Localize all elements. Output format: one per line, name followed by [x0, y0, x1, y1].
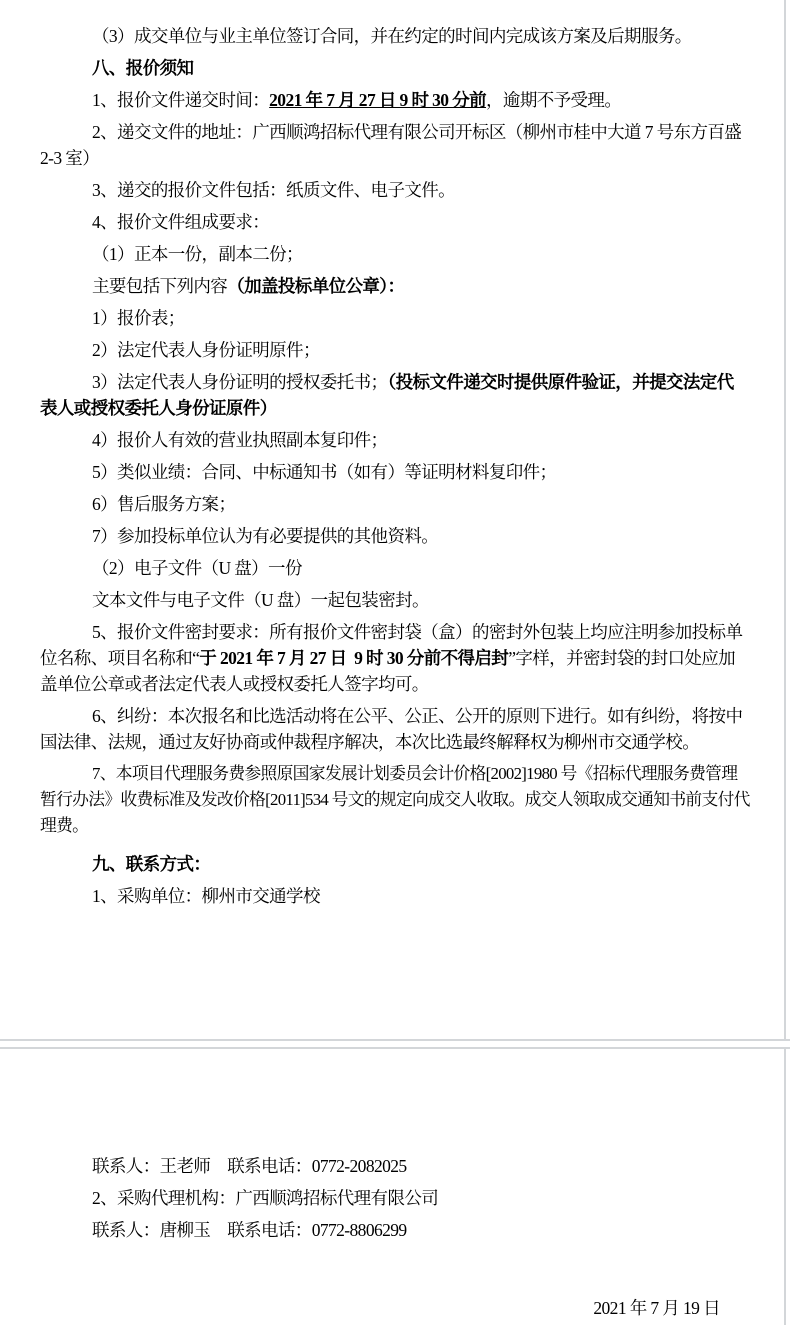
item-2-submission-address: 2、递交文件的地址：广西顺鸿招标代理有限公司开标区（柳州市桂中大道 7 号东方百… — [40, 119, 750, 171]
list-6-after-sales-plan: 6）售后服务方案； — [40, 491, 750, 517]
item-7-agency-fee: 7、本项目代理服务费参照原国家发展计划委员会计价格[2002]1980 号《招标… — [40, 761, 750, 839]
bold-run: 九、联系方式： — [92, 854, 210, 874]
page-2[interactable]: 联系人：王老师 联系电话：0772-20820252、采购代理机构：广西顺鸿招标… — [0, 1047, 790, 1325]
clause-3-contract-signing: （3）成交单位与业主单位签订合同，并在约定的时间内完成该方案及后期服务。 — [40, 23, 750, 49]
packaging-note: 文本文件与电子文件（U 盘）一起包装密封。 — [40, 587, 750, 613]
page-1[interactable]: （3）成交单位与业主单位签订合同，并在约定的时间内完成该方案及后期服务。八、报价… — [0, 0, 790, 1041]
item-5-sealing-requirements: 5、报价文件密封要求：所有报价文件密封袋（盒）的密封外包装上均应注明参加投标单位… — [40, 619, 750, 697]
text-run: 4）报价人有效的营业执照副本复印件； — [92, 430, 387, 450]
text-run: ，逾期不予受理。 — [486, 90, 621, 110]
item-1-submission-deadline: 1、报价文件递交时间：2021 年 7 月 27 日 9 时 30 分前，逾期不… — [40, 87, 750, 113]
item-4-composition-requirements: 4、报价文件组成要求： — [40, 209, 750, 235]
agency: 2、采购代理机构：广西顺鸿招标代理有限公司 — [40, 1185, 750, 1211]
text-run: 7）参加投标单位认为有必要提供的其他资料。 — [92, 526, 438, 546]
text-run: （1）正本一份，副本二份； — [92, 244, 303, 264]
purchaser: 1、采购单位：柳州市交通学校 — [40, 883, 750, 909]
text-run: 1）报价表； — [92, 308, 185, 328]
text-run: 2、递交文件的地址：广西顺鸿招标代理有限公司开标区（柳州市桂中大道 7 号东方百… — [40, 122, 745, 168]
text-run: 2）法定代表人身份证明原件； — [92, 340, 320, 360]
text-run: 文本文件与电子文件（U 盘）一起包装密封。 — [92, 590, 429, 610]
list-3-power-of-attorney: 3）法定代表人身份证明的授权委托书；（投标文件递交时提供原件验证，并提交法定代表… — [40, 369, 750, 421]
text-run: 主要包括下列内容 — [92, 276, 227, 296]
text-run: 1、采购单位：柳州市交通学校 — [92, 886, 320, 906]
purchaser-contact: 联系人：王老师 联系电话：0772-2082025 — [40, 1153, 750, 1179]
section-8-heading: 八、报价须知 — [40, 55, 750, 81]
bold-run: 八、报价须知 — [92, 58, 193, 78]
list-2-legal-rep-id: 2）法定代表人身份证明原件； — [40, 337, 750, 363]
content-list-intro: 主要包括下列内容（加盖投标单位公章）： — [40, 273, 750, 299]
list-1-quotation-form: 1）报价表； — [40, 305, 750, 331]
text-run: 2、采购代理机构：广西顺鸿招标代理有限公司 — [92, 1188, 438, 1208]
page-1-content: （3）成交单位与业主单位签订合同，并在约定的时间内完成该方案及后期服务。八、报价… — [0, 0, 790, 909]
bold-run: （加盖投标单位公章）： — [227, 276, 404, 296]
text-run: （3）成交单位与业主单位签订合同，并在约定的时间内完成该方案及后期服务。 — [92, 26, 692, 46]
item-6-disputes: 6、纠纷：本次报名和比选活动将在公平、公正、公开的原则下进行。如有纠纷，将按中国… — [40, 703, 750, 755]
text-run: 3、递交的报价文件包括：纸质文件、电子文件。 — [92, 180, 455, 200]
item-4-1-copies: （1）正本一份，副本二份； — [40, 241, 750, 267]
document-view: （3）成交单位与业主单位签订合同，并在约定的时间内完成该方案及后期服务。八、报价… — [0, 0, 790, 1327]
text-run: 1、报价文件递交时间： — [92, 90, 269, 110]
text-run: 联系人：王老师 联系电话：0772-2082025 — [92, 1156, 407, 1176]
text-run: 联系人：唐柳玉 联系电话：0772-8806299 — [92, 1220, 407, 1240]
section-9-heading: 九、联系方式： — [40, 851, 750, 877]
document-date: 2021 年 7 月 19 日 — [40, 1295, 750, 1321]
list-7-other-materials: 7）参加投标单位认为有必要提供的其他资料。 — [40, 523, 750, 549]
item-3-document-types: 3、递交的报价文件包括：纸质文件、电子文件。 — [40, 177, 750, 203]
item-4-2-electronic-file: （2）电子文件（U 盘）一份 — [40, 555, 750, 581]
text-run: 4、报价文件组成要求： — [92, 212, 269, 232]
text-run: 7、本项目代理服务费参照原国家发展计划委员会计价格[2002]1980 号《招标… — [40, 764, 750, 835]
text-run: 6、纠纷：本次报名和比选活动将在公平、公正、公开的原则下进行。如有纠纷，将按中国… — [40, 706, 742, 752]
list-4-business-license: 4）报价人有效的营业执照副本复印件； — [40, 427, 750, 453]
page-2-content: 联系人：王老师 联系电话：0772-20820252、采购代理机构：广西顺鸿招标… — [0, 1049, 790, 1321]
text-run: 2021 年 7 月 19 日 — [593, 1298, 720, 1318]
text-run: （2）电子文件（U 盘）一份 — [92, 558, 302, 578]
list-5-similar-performance: 5）类似业绩：合同、中标通知书（如有）等证明材料复印件； — [40, 459, 750, 485]
deadline-underline-run: 2021 年 7 月 27 日 9 时 30 分前 — [269, 90, 486, 110]
text-run: 3）法定代表人身份证明的授权委托书； — [92, 372, 387, 392]
text-run: 6）售后服务方案； — [92, 494, 235, 514]
agency-contact: 联系人：唐柳玉 联系电话：0772-8806299 — [40, 1217, 750, 1243]
text-run: 5）类似业绩：合同、中标通知书（如有）等证明材料复印件； — [92, 462, 556, 482]
bold-run: 于 2021 年 7 月 27 日 9 时 30 分前不得启封 — [199, 648, 508, 668]
